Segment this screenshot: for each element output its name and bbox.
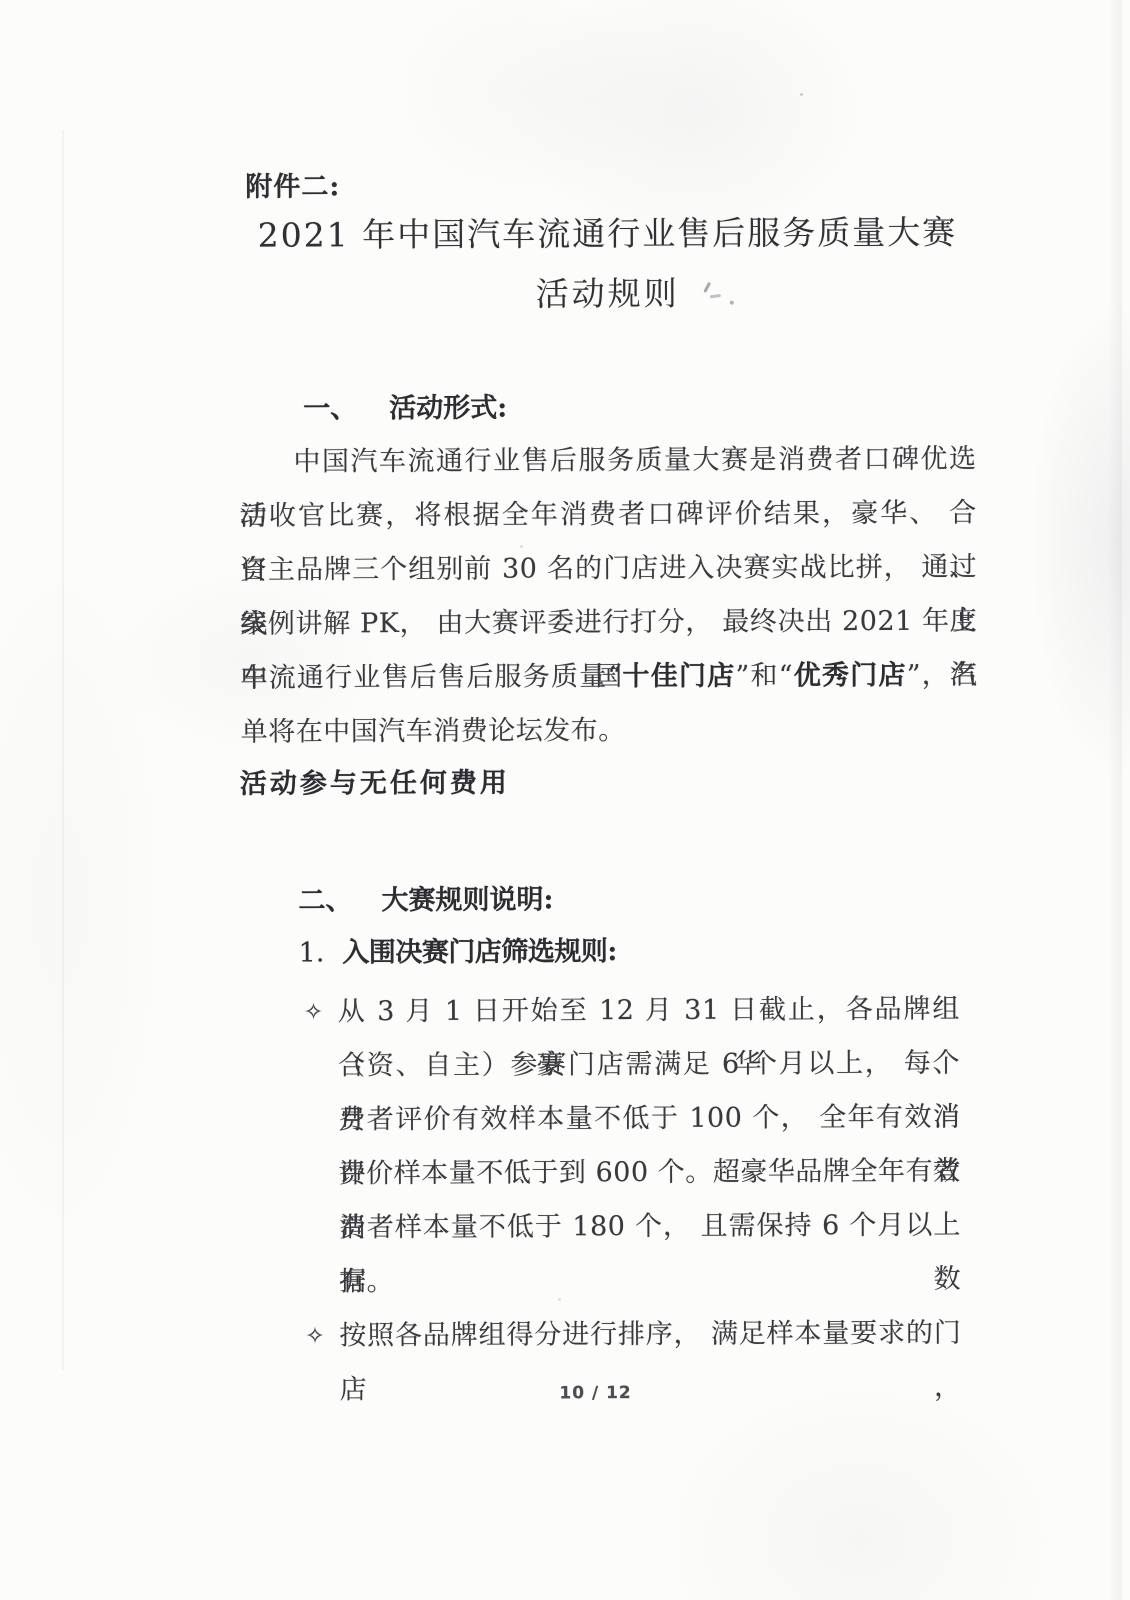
fee-note: 活动参与无任何费用 bbox=[240, 761, 510, 801]
bold-phrase-excellent-stores: 优秀门店 bbox=[793, 660, 907, 691]
document-title-block: 2021 年中国汽车流通行业售后服务质量大赛 活动规则 bbox=[84, 212, 1130, 317]
bullet-line: 评价样本量不低于到 600 个。超豪华品牌全年有效消 bbox=[338, 1145, 960, 1202]
pen-dot-mark bbox=[730, 301, 734, 305]
paragraph-line: 车流通行业售后售后服务质量“十佳门店”和“优秀门店”，名 bbox=[240, 649, 977, 706]
pen-tick-mark bbox=[703, 282, 710, 293]
diamond-bullet-icon: ✧ bbox=[305, 1309, 325, 1363]
heading-number: 二、 bbox=[298, 885, 352, 916]
list-item-title: 入围决赛门店筛选规则: bbox=[342, 936, 617, 968]
heading-number: 一、 bbox=[303, 393, 357, 424]
attachment-label: 附件二: bbox=[245, 164, 340, 203]
paragraph-line: 中国汽车流通行业售后服务质量大赛是消费者口碑优选活 bbox=[239, 433, 976, 490]
bullet-item: ✧ 从 3 月 1 日开始至 12 月 31 日截止，各品牌组（豪华、 合资、自… bbox=[338, 983, 961, 1310]
paragraph-line: 单将在中国汽车消费论坛发布。 bbox=[241, 703, 978, 760]
bullet-line: 费者样本量不低于 180 个， 且需保持 6 个月以上有数 bbox=[339, 1199, 961, 1256]
list-item-number: 1. bbox=[299, 937, 325, 968]
bullet-list: ✧ 从 3 月 1 日开始至 12 月 31 日截止，各品牌组（豪华、 合资、自… bbox=[338, 983, 962, 1364]
list-item-1-heading: 1.入围决赛门店筛选规则: bbox=[299, 929, 617, 969]
heading-title: 活动形式: bbox=[389, 393, 507, 425]
document-subtitle: 活动规则 bbox=[85, 272, 1130, 317]
paragraph-text: 车流通行业售后售后服务质量“ bbox=[240, 661, 621, 694]
section-heading-activity-format: 一、活动形式: bbox=[303, 386, 507, 426]
bullet-line: 合资、自主）参赛门店需满足 6 个月以上， 每个月消 bbox=[338, 1037, 960, 1094]
activity-format-paragraph: 中国汽车流通行业售后服务质量大赛是消费者口碑优选活 动收官比赛，将根据全年消费者… bbox=[239, 433, 977, 760]
paragraph-line: 案例讲解 PK， 由大赛评委进行打分， 最终决出 2021 年度中国汽 bbox=[240, 595, 977, 652]
heading-title: 大赛规则说明: bbox=[381, 884, 553, 916]
diamond-bullet-icon: ✧ bbox=[304, 985, 324, 1039]
paragraph-text: ”，名 bbox=[907, 660, 978, 691]
scanned-document-page: 附件二: 2021 年中国汽车流通行业售后服务质量大赛 活动规则 一、活动形式:… bbox=[0, 0, 1130, 1600]
paragraph-text: ”和“ bbox=[735, 660, 793, 691]
bullet-item: ✧ 按照各品牌组得分进行排序， 满足样本量要求的门店， bbox=[339, 1307, 961, 1364]
section-heading-rules: 二、大赛规则说明: bbox=[298, 877, 553, 917]
pen-dash-mark bbox=[710, 294, 721, 298]
paragraph-line: 动收官比赛，将根据全年消费者口碑评价结果，豪华、 合资、 bbox=[240, 487, 977, 544]
document-content: 附件二: 2021 年中国汽车流通行业售后服务质量大赛 活动规则 一、活动形式:… bbox=[0, 0, 1130, 1600]
pen-mark-artifact bbox=[704, 282, 738, 308]
bold-phrase-top-ten-stores: 十佳门店 bbox=[622, 661, 736, 692]
paragraph-line: 自主品牌三个组别前 30 名的门店进入决赛实战比拼， 通过线上 bbox=[240, 541, 977, 598]
bullet-line: 费者评价有效样本量不低于 100 个， 全年有效消费者 bbox=[338, 1091, 960, 1148]
page-number: 10 / 12 bbox=[526, 1383, 666, 1404]
bullet-line: 按照各品牌组得分进行排序， 满足样本量要求的门店， bbox=[339, 1307, 961, 1364]
document-title: 2021 年中国汽车流通行业售后服务质量大赛 bbox=[84, 212, 1130, 257]
bullet-line: 从 3 月 1 日开始至 12 月 31 日截止，各品牌组（豪华、 bbox=[338, 983, 960, 1040]
